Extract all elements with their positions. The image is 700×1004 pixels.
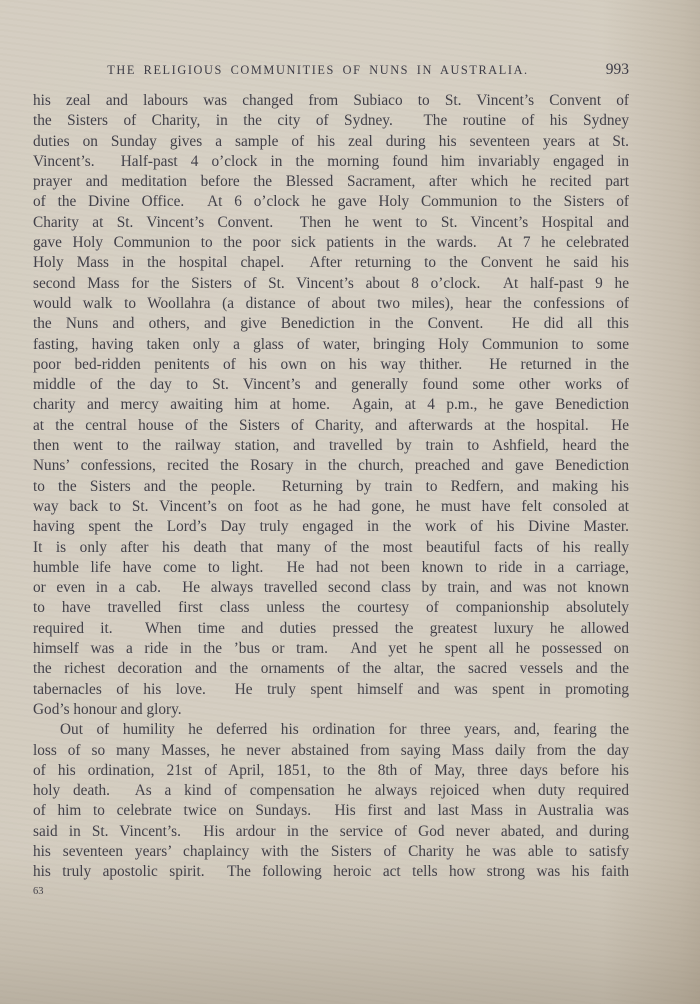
text-line: gave Holy Communion to the poor sick pat… xyxy=(33,233,629,253)
text-line: humble life have come to light. He had n… xyxy=(33,558,629,578)
text-line: the Sisters of Charity, in the city of S… xyxy=(33,111,629,131)
text-line: to the Sisters and the people. Returning… xyxy=(33,477,629,497)
text-line: It is only after his death that many of … xyxy=(33,538,629,558)
text-line: his seventeen years’ chaplaincy with the… xyxy=(33,842,629,862)
text-line: said in St. Vincent’s. His ardour in the… xyxy=(33,822,629,842)
page-body: his zeal and labours was changed from Su… xyxy=(33,91,629,883)
paragraph: Out of humility he deferred his ordinati… xyxy=(33,720,629,882)
text-line: poor bed-ridden penitents of his own on … xyxy=(33,355,629,375)
text-line: required it. When time and duties presse… xyxy=(33,619,629,639)
text-line: his zeal and labours was changed from Su… xyxy=(33,91,629,111)
text-line: fasting, having taken only a glass of wa… xyxy=(33,335,629,355)
text-line: the Nuns and others, and give Benedictio… xyxy=(33,314,629,334)
text-line: duties on Sunday gives a sample of his z… xyxy=(33,132,629,152)
paragraph: his zeal and labours was changed from Su… xyxy=(33,91,629,720)
text-line: of him to celebrate twice on Sundays. Hi… xyxy=(33,801,629,821)
text-line: middle of the day to St. Vincent’s and g… xyxy=(33,375,629,395)
text-line: way back to St. Vincent’s on foot as he … xyxy=(33,497,629,517)
text-line: tabernacles of his love. He truly spent … xyxy=(33,680,629,700)
text-line: Nuns’ confessions, recited the Rosary in… xyxy=(33,456,629,476)
text-line: Charity at St. Vincent’s Convent. Then h… xyxy=(33,213,629,233)
text-line: himself was a ride in the ’bus or tram. … xyxy=(33,639,629,659)
signature-mark: 63 xyxy=(33,886,44,897)
text-line: loss of so many Masses, he never abstain… xyxy=(33,741,629,761)
text-line: prayer and meditation before the Blessed… xyxy=(33,172,629,192)
text-line: would walk to Woollahra (a distance of a… xyxy=(33,294,629,314)
text-line: at the central house of the Sisters of C… xyxy=(33,416,629,436)
text-line: to have travelled first class unless the… xyxy=(33,598,629,618)
text-line: Vincent’s. Half-past 4 o’clock in the mo… xyxy=(33,152,629,172)
text-line: charity and mercy awaiting him at home. … xyxy=(33,395,629,415)
running-title: THE RELIGIOUS COMMUNITIES OF NUNS IN AUS… xyxy=(33,63,603,78)
text-line: the richest decoration and the ornaments… xyxy=(33,659,629,679)
text-line: of the Divine Office. At 6 o’clock he ga… xyxy=(33,192,629,212)
page-number: 993 xyxy=(606,61,629,79)
text-line: God’s honour and glory. xyxy=(33,700,629,720)
text-line: holy death. As a kind of compensation he… xyxy=(33,781,629,801)
text-line: Holy Mass in the hospital chapel. After … xyxy=(33,253,629,273)
header-block: THE RELIGIOUS COMMUNITIES OF NUNS IN AUS… xyxy=(33,63,629,81)
text-line: Out of humility he deferred his ordinati… xyxy=(33,720,629,740)
text-line: having spent the Lord’s Day truly engage… xyxy=(33,517,629,537)
text-line: then went to the railway station, and tr… xyxy=(33,436,629,456)
text-line: his truly apostolic spirit. The followin… xyxy=(33,862,629,882)
running-head: THE RELIGIOUS COMMUNITIES OF NUNS IN AUS… xyxy=(33,63,629,81)
scanned-book-page: THE RELIGIOUS COMMUNITIES OF NUNS IN AUS… xyxy=(0,0,700,1004)
text-line: of his ordination, 21st of April, 1851, … xyxy=(33,761,629,781)
text-line: second Mass for the Sisters of St. Vince… xyxy=(33,274,629,294)
text-line: or even in a cab. He always travelled se… xyxy=(33,578,629,598)
